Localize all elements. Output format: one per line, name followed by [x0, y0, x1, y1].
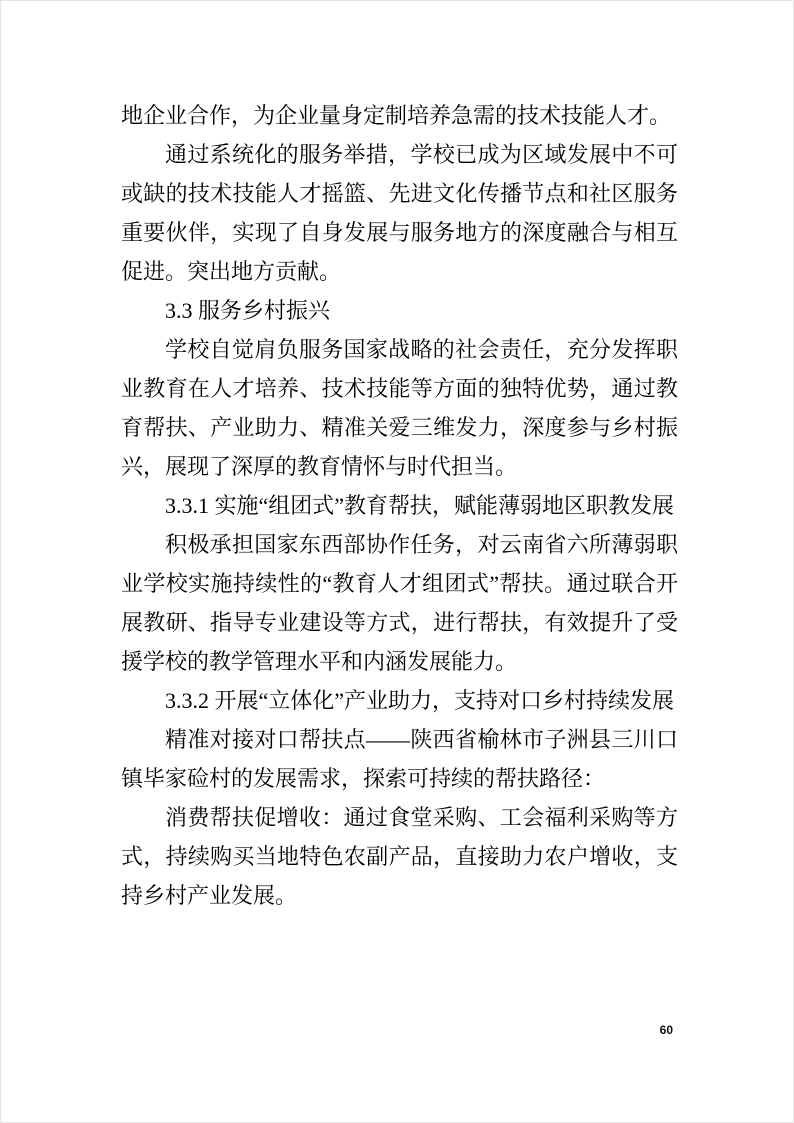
subsection-heading: 3.3.1 实施“组团式”教育帮扶，赋能薄弱地区职教发展	[121, 486, 678, 525]
section-heading: 3.3 服务乡村振兴	[121, 291, 678, 330]
subsection-heading: 3.3.2 开展“立体化”产业助力，支持对口乡村持续发展	[121, 681, 678, 720]
paragraph-continuation: 地企业合作，为企业量身定制培养急需的技术技能人才。	[121, 96, 678, 135]
paragraph: 精准对接对口帮扶点——陕西省榆林市子洲县三川口镇毕家硷村的发展需求，探索可持续的…	[121, 720, 678, 798]
document-body: 地企业合作，为企业量身定制培养急需的技术技能人才。通过系统化的服务举措，学校已成…	[121, 96, 678, 915]
document-page: 地企业合作，为企业量身定制培养急需的技术技能人才。通过系统化的服务举措，学校已成…	[0, 0, 794, 1123]
page-number: 60	[660, 1023, 673, 1037]
paragraph: 消费帮扶促增收：通过食堂采购、工会福利采购等方式，持续购买当地特色农副产品，直接…	[121, 798, 678, 915]
paragraph: 积极承担国家东西部协作任务，对云南省六所薄弱职业学校实施持续性的“教育人才组团式…	[121, 525, 678, 681]
paragraph: 通过系统化的服务举措，学校已成为区域发展中不可或缺的技术技能人才摇篮、先进文化传…	[121, 135, 678, 291]
paragraph: 学校自觉肩负服务国家战略的社会责任，充分发挥职业教育在人才培养、技术技能等方面的…	[121, 330, 678, 486]
page-footer: 60	[573, 1021, 673, 1039]
